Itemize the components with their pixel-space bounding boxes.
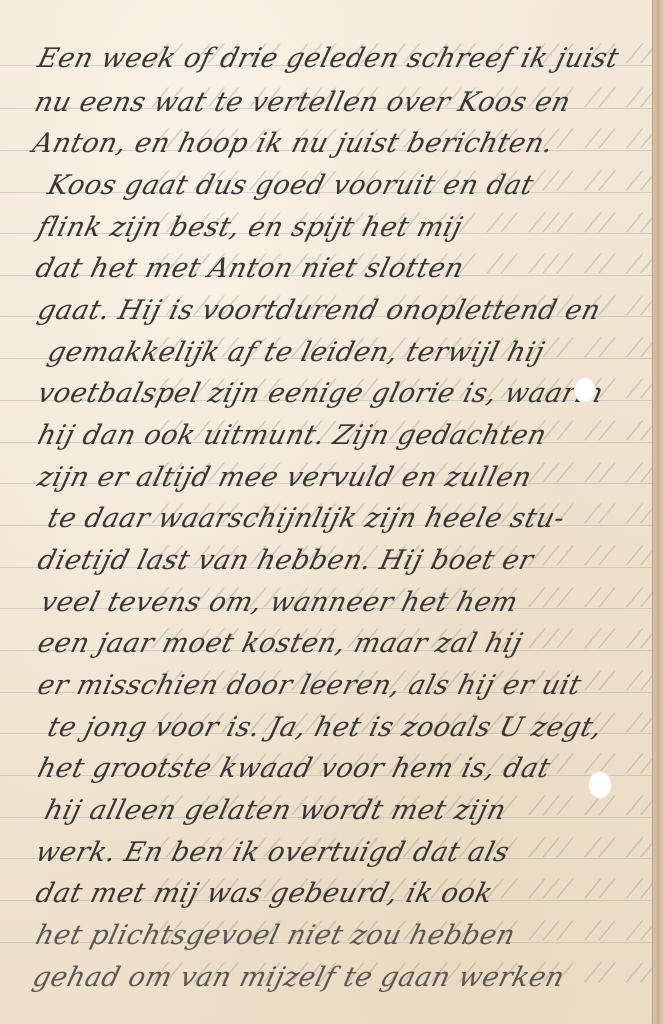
handwritten-line: een jaar moet kosten, maar zal hij xyxy=(35,630,525,657)
punch-hole xyxy=(588,771,612,799)
handwritten-line: hij dan ook uitmunt. Zijn gedachten xyxy=(35,422,549,449)
handwritten-line: gemakkelijk af te leiden, terwijl hij xyxy=(45,339,547,366)
handwritten-line: nu eens wat te vertellen over Koos en xyxy=(32,89,573,116)
punch-hole xyxy=(574,377,596,403)
handwritten-line: er misschien door leeren, als hij er uit xyxy=(35,672,584,699)
letter-page: \\ \\ \\\ \\ \\\ \\ \\ \\\ \\ \\\ \\\\ \… xyxy=(0,0,665,1024)
handwritten-line: zijn er altijd mee vervuld en zullen xyxy=(35,464,534,491)
handwritten-line: gehad om van mijzelf te gaan werken xyxy=(30,964,567,991)
handwritten-line: het plichtsgevoel niet zou hebben xyxy=(33,922,518,949)
handwritten-line: flink zijn best, en spijt het mij xyxy=(35,214,465,241)
page-edge xyxy=(652,0,665,1024)
handwritten-line: gaat. Hij is voortdurend onoplettend en xyxy=(35,297,603,324)
handwritten-line: dietijd last van hebben. Hij boet er xyxy=(35,547,536,574)
handwritten-line: voetbalspel zijn eenige glorie is, waari… xyxy=(35,380,606,407)
handwritten-line: Anton, en hoop ik nu juist berichten. xyxy=(30,130,556,157)
handwritten-line: te jong voor is. Ja, het is zooals U zeg… xyxy=(45,714,605,741)
handwritten-line: werk. En ben ik overtuigd dat als xyxy=(33,839,512,866)
handwritten-line: Koos gaat dus goed vooruit en dat xyxy=(45,172,536,199)
handwritten-line: het grootste kwaad voor hem is, dat xyxy=(35,755,553,782)
handwritten-line: hij alleen gelaten wordt met zijn xyxy=(42,797,509,824)
handwritten-line: Een week of drie geleden schreef ik juis… xyxy=(35,45,622,72)
handwritten-line: dat met mij was gebeurd, ik ook xyxy=(33,880,496,907)
handwritten-line: te daar waarschijnlijk zijn heele stu- xyxy=(45,505,568,532)
handwritten-line: dat het met Anton niet slotten xyxy=(33,255,467,282)
handwritten-line: veel tevens om, wanneer het hem xyxy=(38,589,521,616)
